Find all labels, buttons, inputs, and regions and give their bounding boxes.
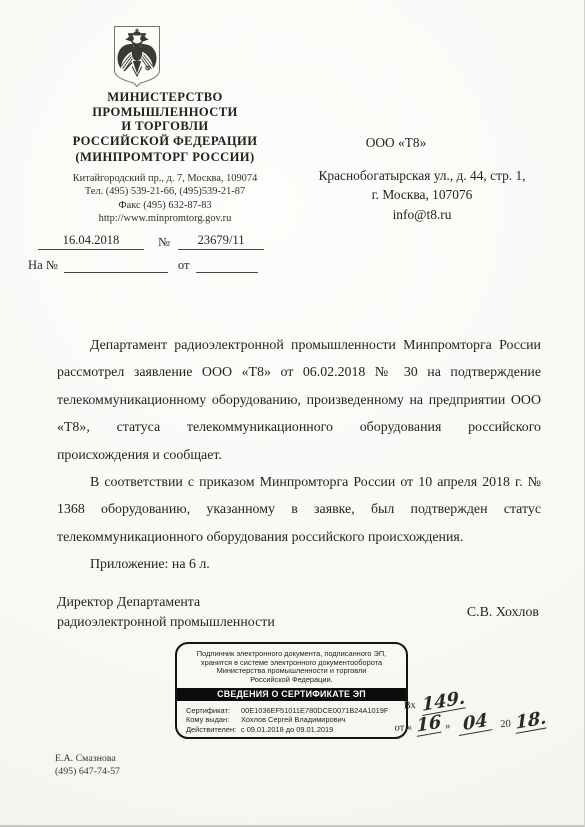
signer-name: С.В. Хохлов xyxy=(467,605,541,621)
incoming-close-quote: » xyxy=(445,721,451,732)
ministry-name: МИНИСТЕРСТВО ПРОМЫШЛЕННОСТИ И ТОРГОВЛИ Р… xyxy=(28,90,302,165)
incoming-century-label: 20 xyxy=(500,719,511,730)
ministry-website: http://www.minpromtorg.gov.ru xyxy=(28,212,302,225)
certificate-label: Сертификат: xyxy=(186,706,241,715)
letter-number: 23679/11 xyxy=(178,233,264,250)
incoming-date-line: от « 16 » 04 20 18. xyxy=(394,711,555,736)
reply-number-blank xyxy=(64,256,168,273)
reply-from-label: от xyxy=(178,258,190,273)
signature-block: Директор Департамента радиоэлектронной п… xyxy=(57,593,541,633)
signer-title-line2: радиоэлектронной промышленности xyxy=(57,613,275,633)
validity-field: Действителен:с 09.01.2018 до 09.01.2019 xyxy=(186,725,406,734)
signer-title-line1: Директор Департамента xyxy=(57,593,275,613)
letter-body: Департамент радиоэлектронной промышленно… xyxy=(57,332,541,579)
ministry-short-name: (МИНПРОМТОРГ РОССИИ) xyxy=(28,150,302,165)
recipient-email: info@t8.ru xyxy=(283,205,561,225)
outgoing-ref-row: 16.04.2018 № 23679/11 xyxy=(28,232,288,250)
incoming-number-handwritten: 149. xyxy=(422,689,466,716)
validity-value: с 09.01.2018 до 09.01.2019 xyxy=(241,725,333,734)
esign-stamp-intro: Подлинник электронного документа, подпис… xyxy=(177,650,406,685)
attachment-note: Приложение: на 6 л. xyxy=(57,551,541,578)
body-paragraph-1: Департамент радиоэлектронной промышленно… xyxy=(57,332,541,469)
esign-stamp: Подлинник электронного документа, подпис… xyxy=(175,642,408,739)
certificate-value: 00E1036EF51011E780DCE0071B24A1019F xyxy=(241,706,388,715)
executor-name: Е.А. Смазнова xyxy=(55,752,120,765)
reply-date-blank xyxy=(196,256,258,273)
reply-ref-label: На № xyxy=(28,258,58,273)
issued-to-label: Кому выдан: xyxy=(186,715,241,724)
reference-block: 16.04.2018 № 23679/11 На № от xyxy=(28,232,288,273)
recipient-block: ООО «Т8» Краснобогатырская ул., д. 44, с… xyxy=(283,133,561,224)
validity-label: Действителен: xyxy=(186,725,241,734)
issued-to-field: Кому выдан:Хохлов Сергей Владимирович xyxy=(186,715,406,724)
incoming-day-handwritten: 16 xyxy=(416,713,441,737)
issued-to-value: Хохлов Сергей Владимирович xyxy=(241,715,346,724)
reply-ref-row: На № от xyxy=(28,255,288,273)
incoming-month-handwritten: 04 xyxy=(458,711,492,736)
incoming-year-handwritten: 18. xyxy=(516,709,548,734)
recipient-address-line1: Краснобогатырская ул., д. 44, стр. 1, xyxy=(283,166,561,186)
executor-block: Е.А. Смазнова (495) 647-74-57 xyxy=(55,752,120,778)
incoming-label: Вх xyxy=(404,700,417,711)
recipient-address-line2: г. Москва, 107076 xyxy=(283,185,561,205)
executor-phone: (495) 647-74-57 xyxy=(55,765,120,778)
signer-title: Директор Департамента радиоэлектронной п… xyxy=(57,593,275,633)
body-paragraph-2: В соответствии с приказом Минпромторга Р… xyxy=(57,469,541,551)
coat-of-arms-icon xyxy=(112,24,162,88)
number-sign: № xyxy=(158,235,170,250)
ministry-address: Китайгородский пр., д. 7, Москва, 109074 xyxy=(28,172,302,185)
ministry-contacts: Китайгородский пр., д. 7, Москва, 109074… xyxy=(28,172,302,226)
letter-date: 16.04.2018 xyxy=(38,233,144,250)
ministry-phone: Тел. (495) 539-21-66, (495)539-21-87 xyxy=(28,185,302,198)
ministry-name-line: ПРОМЫШЛЕННОСТИ xyxy=(28,105,302,120)
ministry-fax: Факс (495) 632-87-83 xyxy=(28,199,302,212)
incoming-from-label: от « xyxy=(394,722,412,734)
scanned-letter-page: МИНИСТЕРСТВО ПРОМЫШЛЕННОСТИ И ТОРГОВЛИ Р… xyxy=(0,0,585,827)
ministry-name-line: И ТОРГОВЛИ xyxy=(28,119,302,134)
esign-intro-line: Российской Федерации. xyxy=(177,676,406,685)
recipient-name: ООО «Т8» xyxy=(257,133,535,153)
certificate-field: Сертификат:00E1036EF51011E780DCE0071B24A… xyxy=(186,706,406,715)
esign-stamp-fields: Сертификат:00E1036EF51011E780DCE0071B24A… xyxy=(186,706,406,734)
incoming-registration-mark: Вх 149. от « 16 » 04 20 18. xyxy=(393,689,554,736)
esign-stamp-title: СВЕДЕНИЯ О СЕРТИФИКАТЕ ЭП xyxy=(177,688,406,701)
ministry-name-line: МИНИСТЕРСТВО xyxy=(28,90,302,105)
